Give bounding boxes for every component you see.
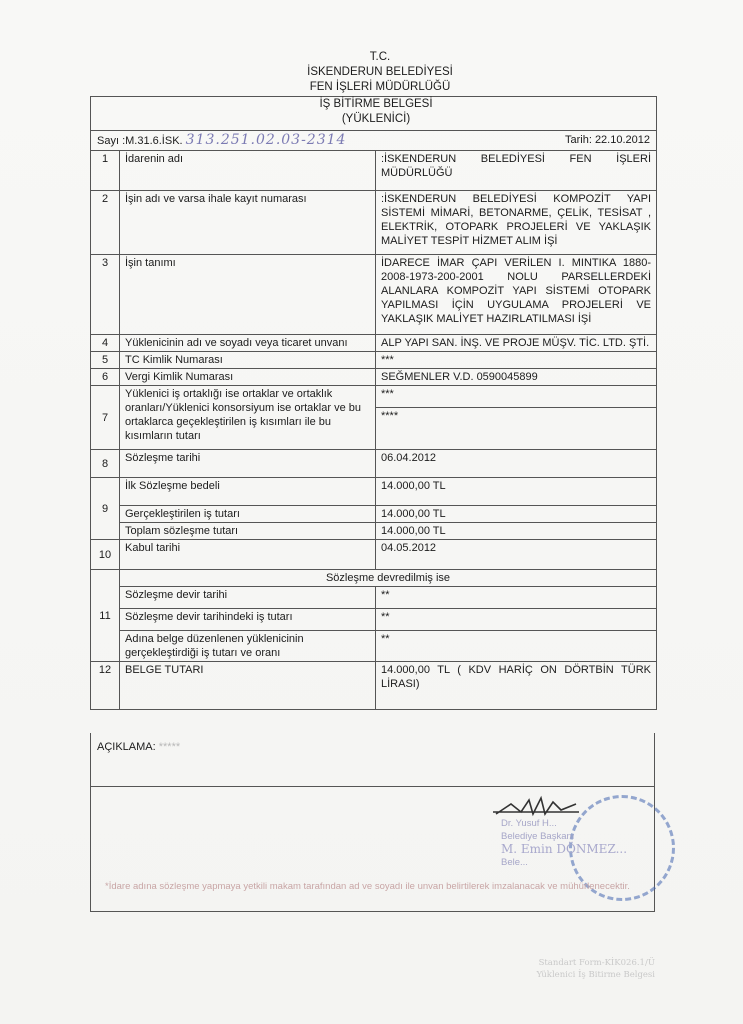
header-municipality: İSKENDERUN BELEDİYESİ <box>250 65 510 80</box>
table-row: 6 Vergi Kimlik Numarası SEĞMENLER V.D. 0… <box>91 369 657 386</box>
document-subtitle: (YÜKLENİCİ) <box>246 112 506 127</box>
table-row: Gerçekleştirilen iş tutarı 14.000,00 TL <box>91 506 657 523</box>
certificate-table: Sayı :M.31.6.İSK. 313.251.02.03-2314 Tar… <box>90 130 657 710</box>
header-department: FEN İŞLERİ MÜDÜRLÜĞÜ <box>250 80 510 95</box>
header-tc: T.C. <box>250 50 510 65</box>
table-row: 9 İlk Sözleşme bedeli 14.000,00 TL <box>91 478 657 506</box>
table-row: Adına belge düzenlenen yüklenicinin gerç… <box>91 631 657 662</box>
aciklama-label: AÇIKLAMA: <box>97 741 156 753</box>
table-row: 3 İşin tanımı İDARECE İMAR ÇAPI VERİLEN … <box>91 255 657 335</box>
signatory: Dr. Yusuf H... Belediye Başkanı M. Emin … <box>501 817 627 869</box>
table-row: 1 İdarenin adı :İSKENDERUN BELEDİYESİ FE… <box>91 151 657 191</box>
table-row: 8 Sözleşme tarihi 06.04.2012 <box>91 450 657 478</box>
tarih: Tarih: 22.10.2012 <box>376 131 657 151</box>
aciklama-value: ***** <box>159 741 180 753</box>
form-footer: Standart Form-KİK026.1/Ü Yüklenici İş Bi… <box>505 957 655 981</box>
table-row: 7 Yüklenici iş ortaklığı ise ortaklar ve… <box>91 386 657 408</box>
table-row: Sözleşme devir tarihindeki iş tutarı ** <box>91 609 657 631</box>
signature-note: *İdare adına sözleşme yapmaya yetkili ma… <box>105 880 645 894</box>
table-row: 4 Yüklenicinin adı ve soyadı veya ticare… <box>91 335 657 352</box>
table-row: 12 BELGE TUTARI 14.000,00 TL ( KDV HARİÇ… <box>91 662 657 710</box>
table-row: 5 TC Kimlik Numarası *** <box>91 352 657 369</box>
table-row: Sözleşme devir tarihi ** <box>91 587 657 609</box>
sayi-handwritten: 313.251.02.03-2314 <box>186 132 347 148</box>
title-box: İŞ BİTİRME BELGESİ (YÜKLENİCİ) <box>90 96 657 131</box>
sayi-label: Sayı :M.31.6.İSK. <box>97 135 183 147</box>
table-row: Toplam sözleşme tutarı 14.000,00 TL <box>91 523 657 540</box>
table-row: 10 Kabul tarihi 04.05.2012 <box>91 540 657 570</box>
meta-row: Sayı :M.31.6.İSK. 313.251.02.03-2314 Tar… <box>91 131 657 151</box>
table-row: 2 İşin adı ve varsa ihale kayıt numarası… <box>91 191 657 255</box>
document-page: T.C. İSKENDERUN BELEDİYESİ FEN İŞLERİ MÜ… <box>0 0 743 1024</box>
signature-box: Dr. Yusuf H... Belediye Başkanı M. Emin … <box>90 787 655 912</box>
document-title: İŞ BİTİRME BELGESİ <box>246 97 506 112</box>
table-row: 11 Sözleşme devredilmiş ise <box>91 570 657 587</box>
aciklama-box: AÇIKLAMA: ***** <box>90 733 655 787</box>
section-heading: Sözleşme devredilmiş ise <box>120 570 657 587</box>
document-header: T.C. İSKENDERUN BELEDİYESİ FEN İŞLERİ MÜ… <box>250 50 510 95</box>
